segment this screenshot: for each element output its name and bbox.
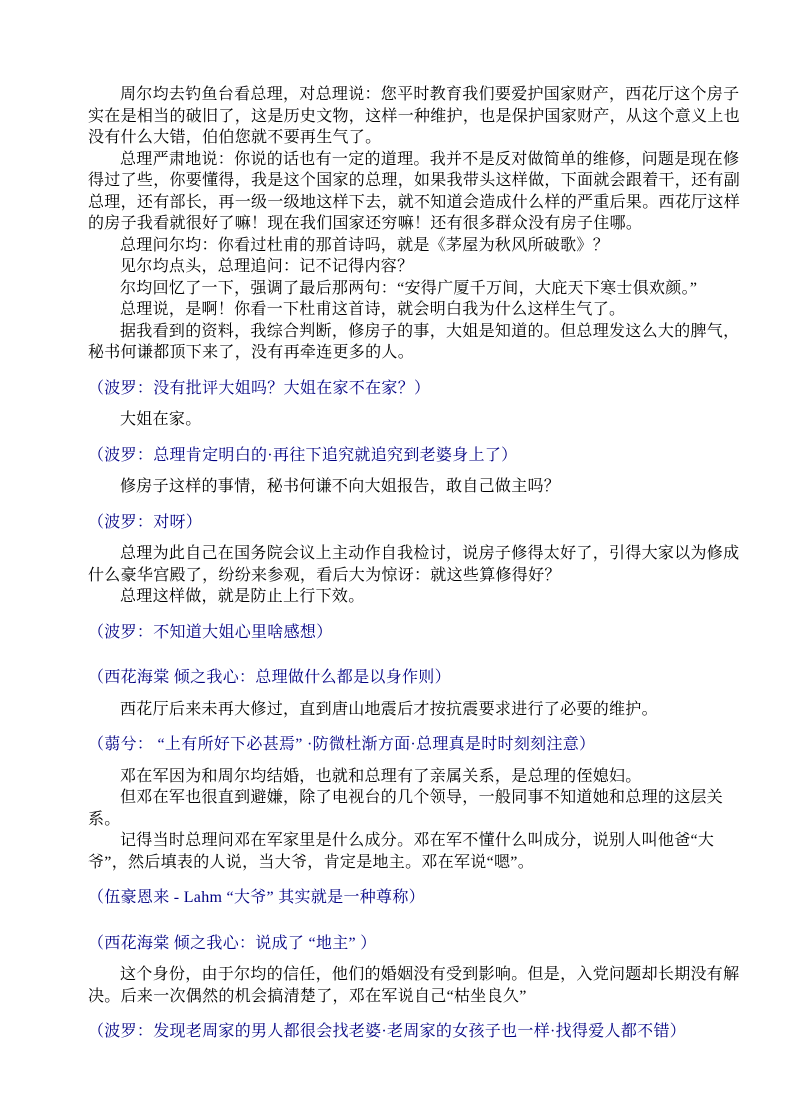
paragraph: 据我看到的资料，我综合判断，修房子的事，大姐是知道的。但总理发这么大的脾气，秘书… <box>88 321 750 364</box>
paragraph: 但邓在军也很直到避嫌，除了电视台的几个领导，一般同事不知道她和总理的这层关系。 <box>88 787 750 830</box>
paragraph: 总理严肃地说：你说的话也有一定的道理。我并不是反对做简单的维修，问题是现在修得过… <box>88 149 750 235</box>
paragraph: 总理问尔均：你看过杜甫的那首诗吗，就是《茅屋为秋风所破歌》？ <box>88 235 750 257</box>
paragraph: 修房子这样的事情，秘书何谦不向大姐报告，敢自己做主吗？ <box>88 476 750 498</box>
annotation-comment-line: （波罗：对呀） <box>88 512 750 534</box>
annotation-comment-line: （波罗：发现老周家的男人都很会找老婆·老周家的女孩子也一样·找得爱人都不错） <box>88 1021 750 1043</box>
paragraph: 周尔均去钓鱼台看总理，对总理说：您平时教育我们要爱护国家财产，西花厅这个房子实在… <box>88 84 750 149</box>
paragraph: 总理这样做，就是防止上行下效。 <box>88 586 750 608</box>
annotation-comment-line: （西花海棠 倾之我心：说成了 “地主” ） <box>88 933 750 955</box>
annotation-comment-line: （波罗：不知道大姐心里啥感想） <box>88 622 750 644</box>
paragraph: 这个身份，由于尔均的信任，他们的婚姻没有受到影响。但是，入党问题却长期没有解决。… <box>88 964 750 1007</box>
paragraph: 大姐在家。 <box>88 409 750 431</box>
paragraph: 总理说，是啊！你看一下杜甫这首诗，就会明白我为什么这样生气了。 <box>88 299 750 321</box>
paragraph: 尔均回忆了一下，强调了最后那两句：“安得广厦千万间，大庇天下寒士俱欢颜。” <box>88 278 750 300</box>
paragraph: 西花厅后来未再大修过，直到唐山地震后才按抗震要求进行了必要的维护。 <box>88 699 750 721</box>
document-content: 周尔均去钓鱼台看总理，对总理说：您平时教育我们要爱护国家财产，西花厅这个房子实在… <box>88 84 750 1053</box>
annotation-comment-line: （波罗：没有批评大姐吗？大姐在家不在家？） <box>88 378 750 400</box>
paragraph: 邓在军因为和周尔均结婚，也就和总理有了亲属关系，是总理的侄媳妇。 <box>88 766 750 788</box>
paragraph: 总理为此自己在国务院会议上主动作自我检讨，说房子修得太好了，引得大家以为修成什么… <box>88 543 750 586</box>
paragraph: 记得当时总理问邓在军家里是什么成分。邓在军不懂什么叫成分，说别人叫他爸“大爷”，… <box>88 830 750 873</box>
document-page: 周尔均去钓鱼台看总理，对总理说：您平时教育我们要爱护国家财产，西花厅这个房子实在… <box>0 0 800 1100</box>
annotation-comment-line: （伍豪恩来 - Lahm “大爷” 其实就是一种尊称） <box>88 887 750 909</box>
annotation-comment-line: （波罗：总理肯定明白的·再往下追究就追究到老婆身上了） <box>88 445 750 467</box>
annotation-comment-line: （蒻兮： “上有所好下必甚焉” ·防微杜渐方面·总理真是时时刻刻注意） <box>88 734 750 756</box>
paragraph: 见尔均点头，总理追问：记不记得内容？ <box>88 256 750 278</box>
annotation-comment-line: （西花海棠 倾之我心：总理做什么都是以身作则） <box>88 667 750 689</box>
